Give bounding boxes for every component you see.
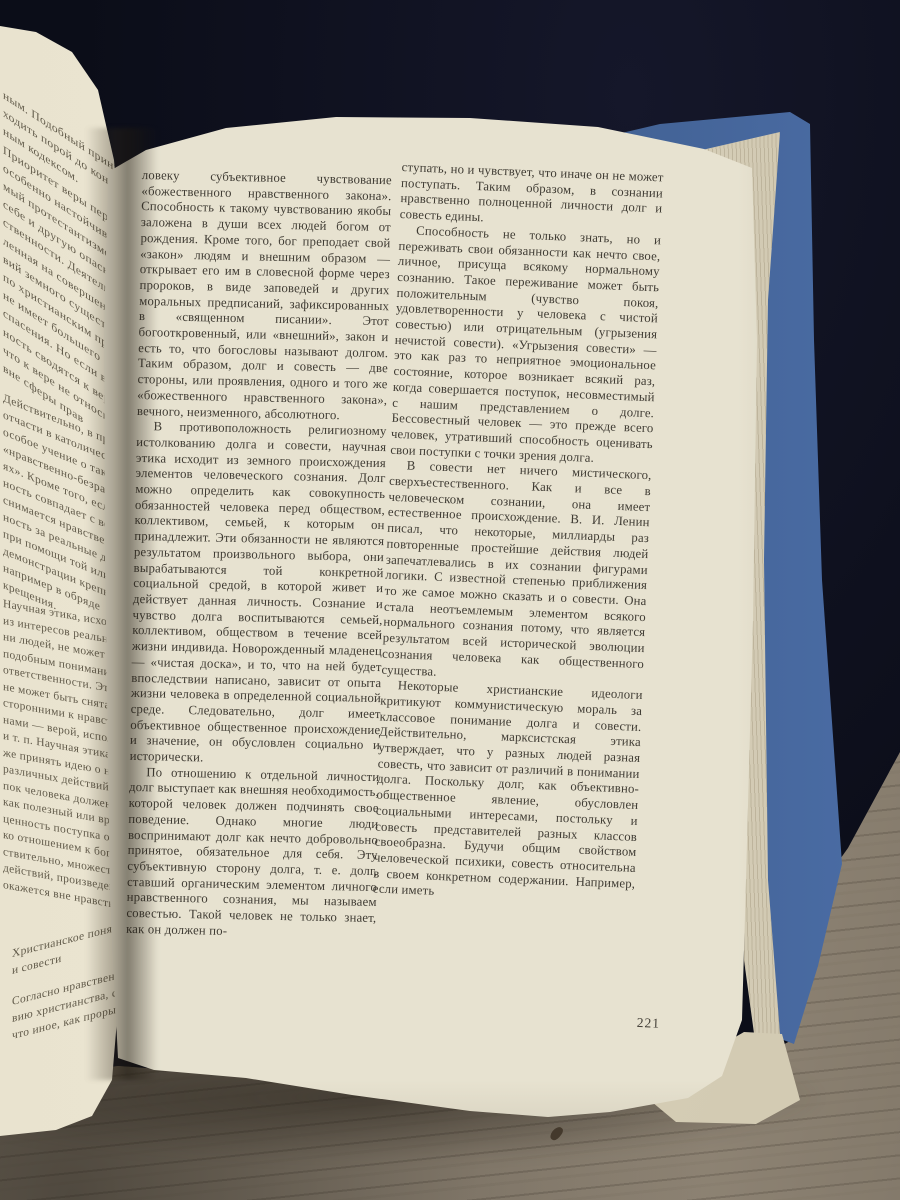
paragraph: В совести нет ничего мистического, сверх… <box>381 458 652 688</box>
gutter-shadow <box>86 128 158 1080</box>
book-photo: ным. Подобный принцип ходить порой до ко… <box>0 0 900 1200</box>
paragraph: Способность не только знать, но и пережи… <box>390 223 661 469</box>
text-column-right: ступать, но и чувствует, что иначе он не… <box>372 160 663 908</box>
paragraph: ловеку субъективное чувствование «божест… <box>137 168 392 424</box>
paragraph: ступать, но и чувствует, что иначе он не… <box>399 160 663 233</box>
paragraph: Некоторые христианские идеологи критикую… <box>372 678 643 908</box>
text-column-left: ловеку субъективное чувствование «божест… <box>126 168 392 943</box>
paragraph: По отношению к отдельной личности долг в… <box>126 765 380 943</box>
page-number: 221 <box>560 1012 660 1031</box>
paragraph: В противоположность религиозному истолко… <box>130 419 387 770</box>
